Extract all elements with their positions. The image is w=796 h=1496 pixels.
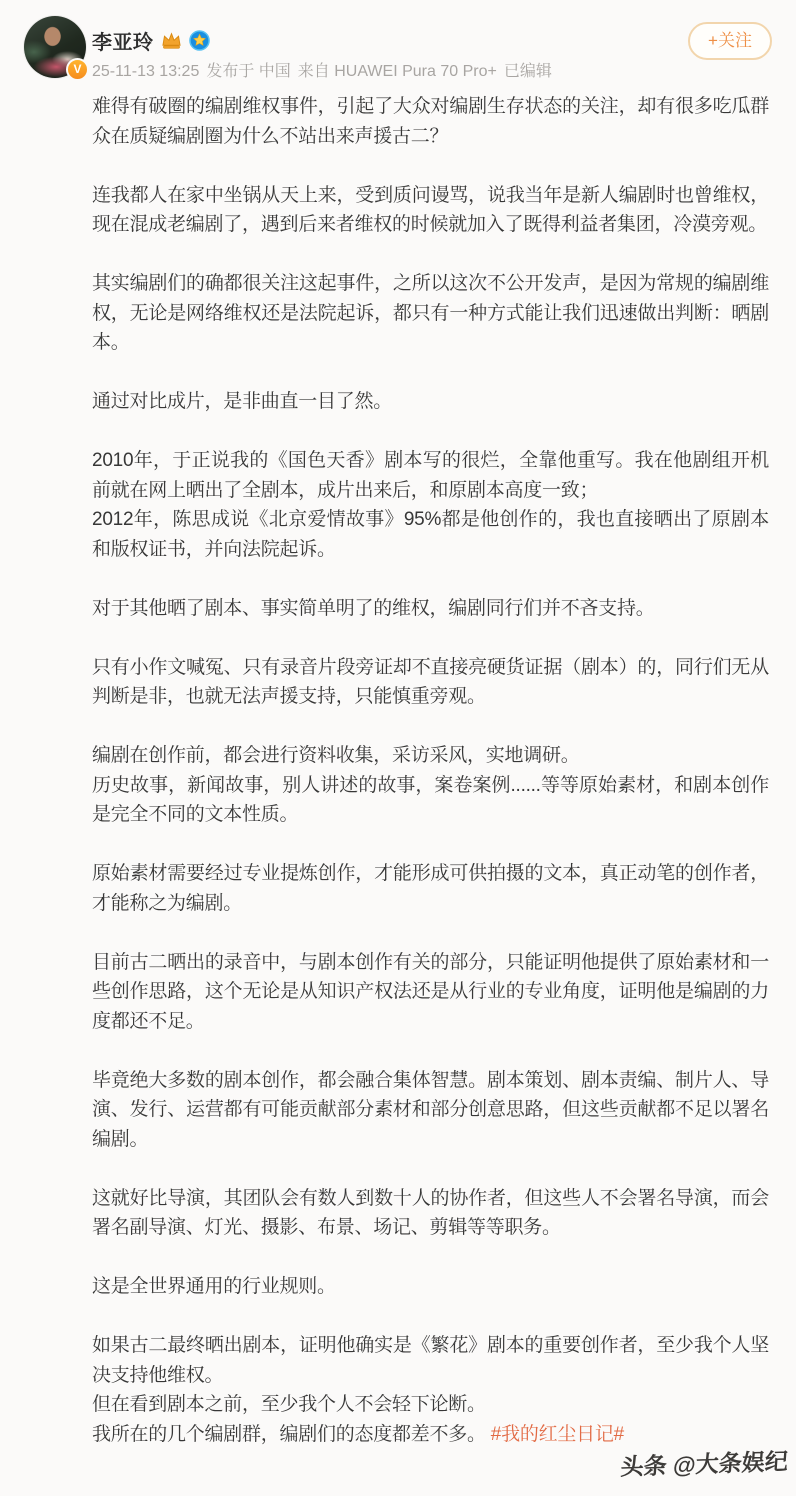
vip-crown-icon — [161, 31, 182, 50]
follow-button[interactable]: +关注 — [688, 22, 772, 60]
post-paragraph: 2010年，于正说我的《国色天香》剧本写的很烂，全靠他重写。我在他剧组开机前就在… — [92, 446, 769, 564]
post-device[interactable]: 来自 HUAWEI Pura 70 Pro+ — [298, 63, 497, 80]
verified-v-icon: V — [66, 58, 89, 81]
post-paragraph: 通过对比成片，是非曲直一目了然。 — [92, 387, 769, 417]
post-paragraph: 只有小作文喊冤、只有录音片段旁证却不直接亮硬货证据（剧本）的，同行们无从判断是非… — [92, 653, 769, 712]
post-timestamp: 25-11-13 13:25 — [92, 63, 199, 80]
hashtag-link[interactable]: #我的红尘日记# — [491, 1424, 624, 1445]
post-paragraph: 这就好比导演，其团队会有数人到数十人的协作者，但这些人不会署名导演，而会署名副导… — [92, 1184, 769, 1243]
user-name-row: 李亚玲 — [92, 26, 210, 55]
weibo-post-card: V 李亚玲 25-11-13 13:25发布于 中国来自 HUAWEI Pura… — [0, 0, 796, 1496]
avatar[interactable]: V — [24, 16, 86, 78]
post-meta: 25-11-13 13:25发布于 中国来自 HUAWEI Pura 70 Pr… — [92, 58, 559, 81]
username[interactable]: 李亚玲 — [92, 26, 154, 55]
post-paragraph: 毕竟绝大多数的剧本创作，都会融合集体智慧。剧本策划、剧本责编、制片人、导演、发行… — [92, 1066, 769, 1155]
post-paragraph: 如果古二最终晒出剧本，证明他确实是《繁花》剧本的重要创作者，至少我个人坚决支持他… — [92, 1331, 769, 1449]
post-paragraph: 原始素材需要经过专业提炼创作，才能形成可供拍摄的文本，真正动笔的创作者，才能称之… — [92, 859, 769, 918]
edited-label: 已编辑 — [504, 63, 552, 80]
annual-medal-icon — [189, 30, 210, 51]
post-paragraph: 其实编剧们的确都很关注这起事件，之所以这次不公开发声，是因为常规的编剧维权，无论… — [92, 269, 769, 358]
post-content: 难得有破圈的编剧维权事件，引起了大众对编剧生存状态的关注，却有很多吃瓜群众在质疑… — [92, 92, 769, 1449]
watermark-text: 头条 @大条娱纪 — [620, 1443, 790, 1482]
post-location[interactable]: 发布于 中国 — [206, 63, 290, 80]
post-paragraph: 对于其他晒了剧本、事实简单明了的维权，编剧同行们并不吝支持。 — [92, 594, 769, 624]
post-paragraph: 目前古二晒出的录音中，与剧本创作有关的部分，只能证明他提供了原始素材和一些创作思… — [92, 948, 769, 1037]
post-paragraph: 连我都人在家中坐锅从天上来，受到质问谩骂，说我当年是新人编剧时也曾维权，现在混成… — [92, 181, 769, 240]
post-paragraph: 这是全世界通用的行业规则。 — [92, 1272, 769, 1302]
post-paragraph: 难得有破圈的编剧维权事件，引起了大众对编剧生存状态的关注，却有很多吃瓜群众在质疑… — [92, 92, 769, 151]
post-paragraph: 编剧在创作前，都会进行资料收集，采访采风，实地调研。历史故事，新闻故事，别人讲述… — [92, 741, 769, 830]
